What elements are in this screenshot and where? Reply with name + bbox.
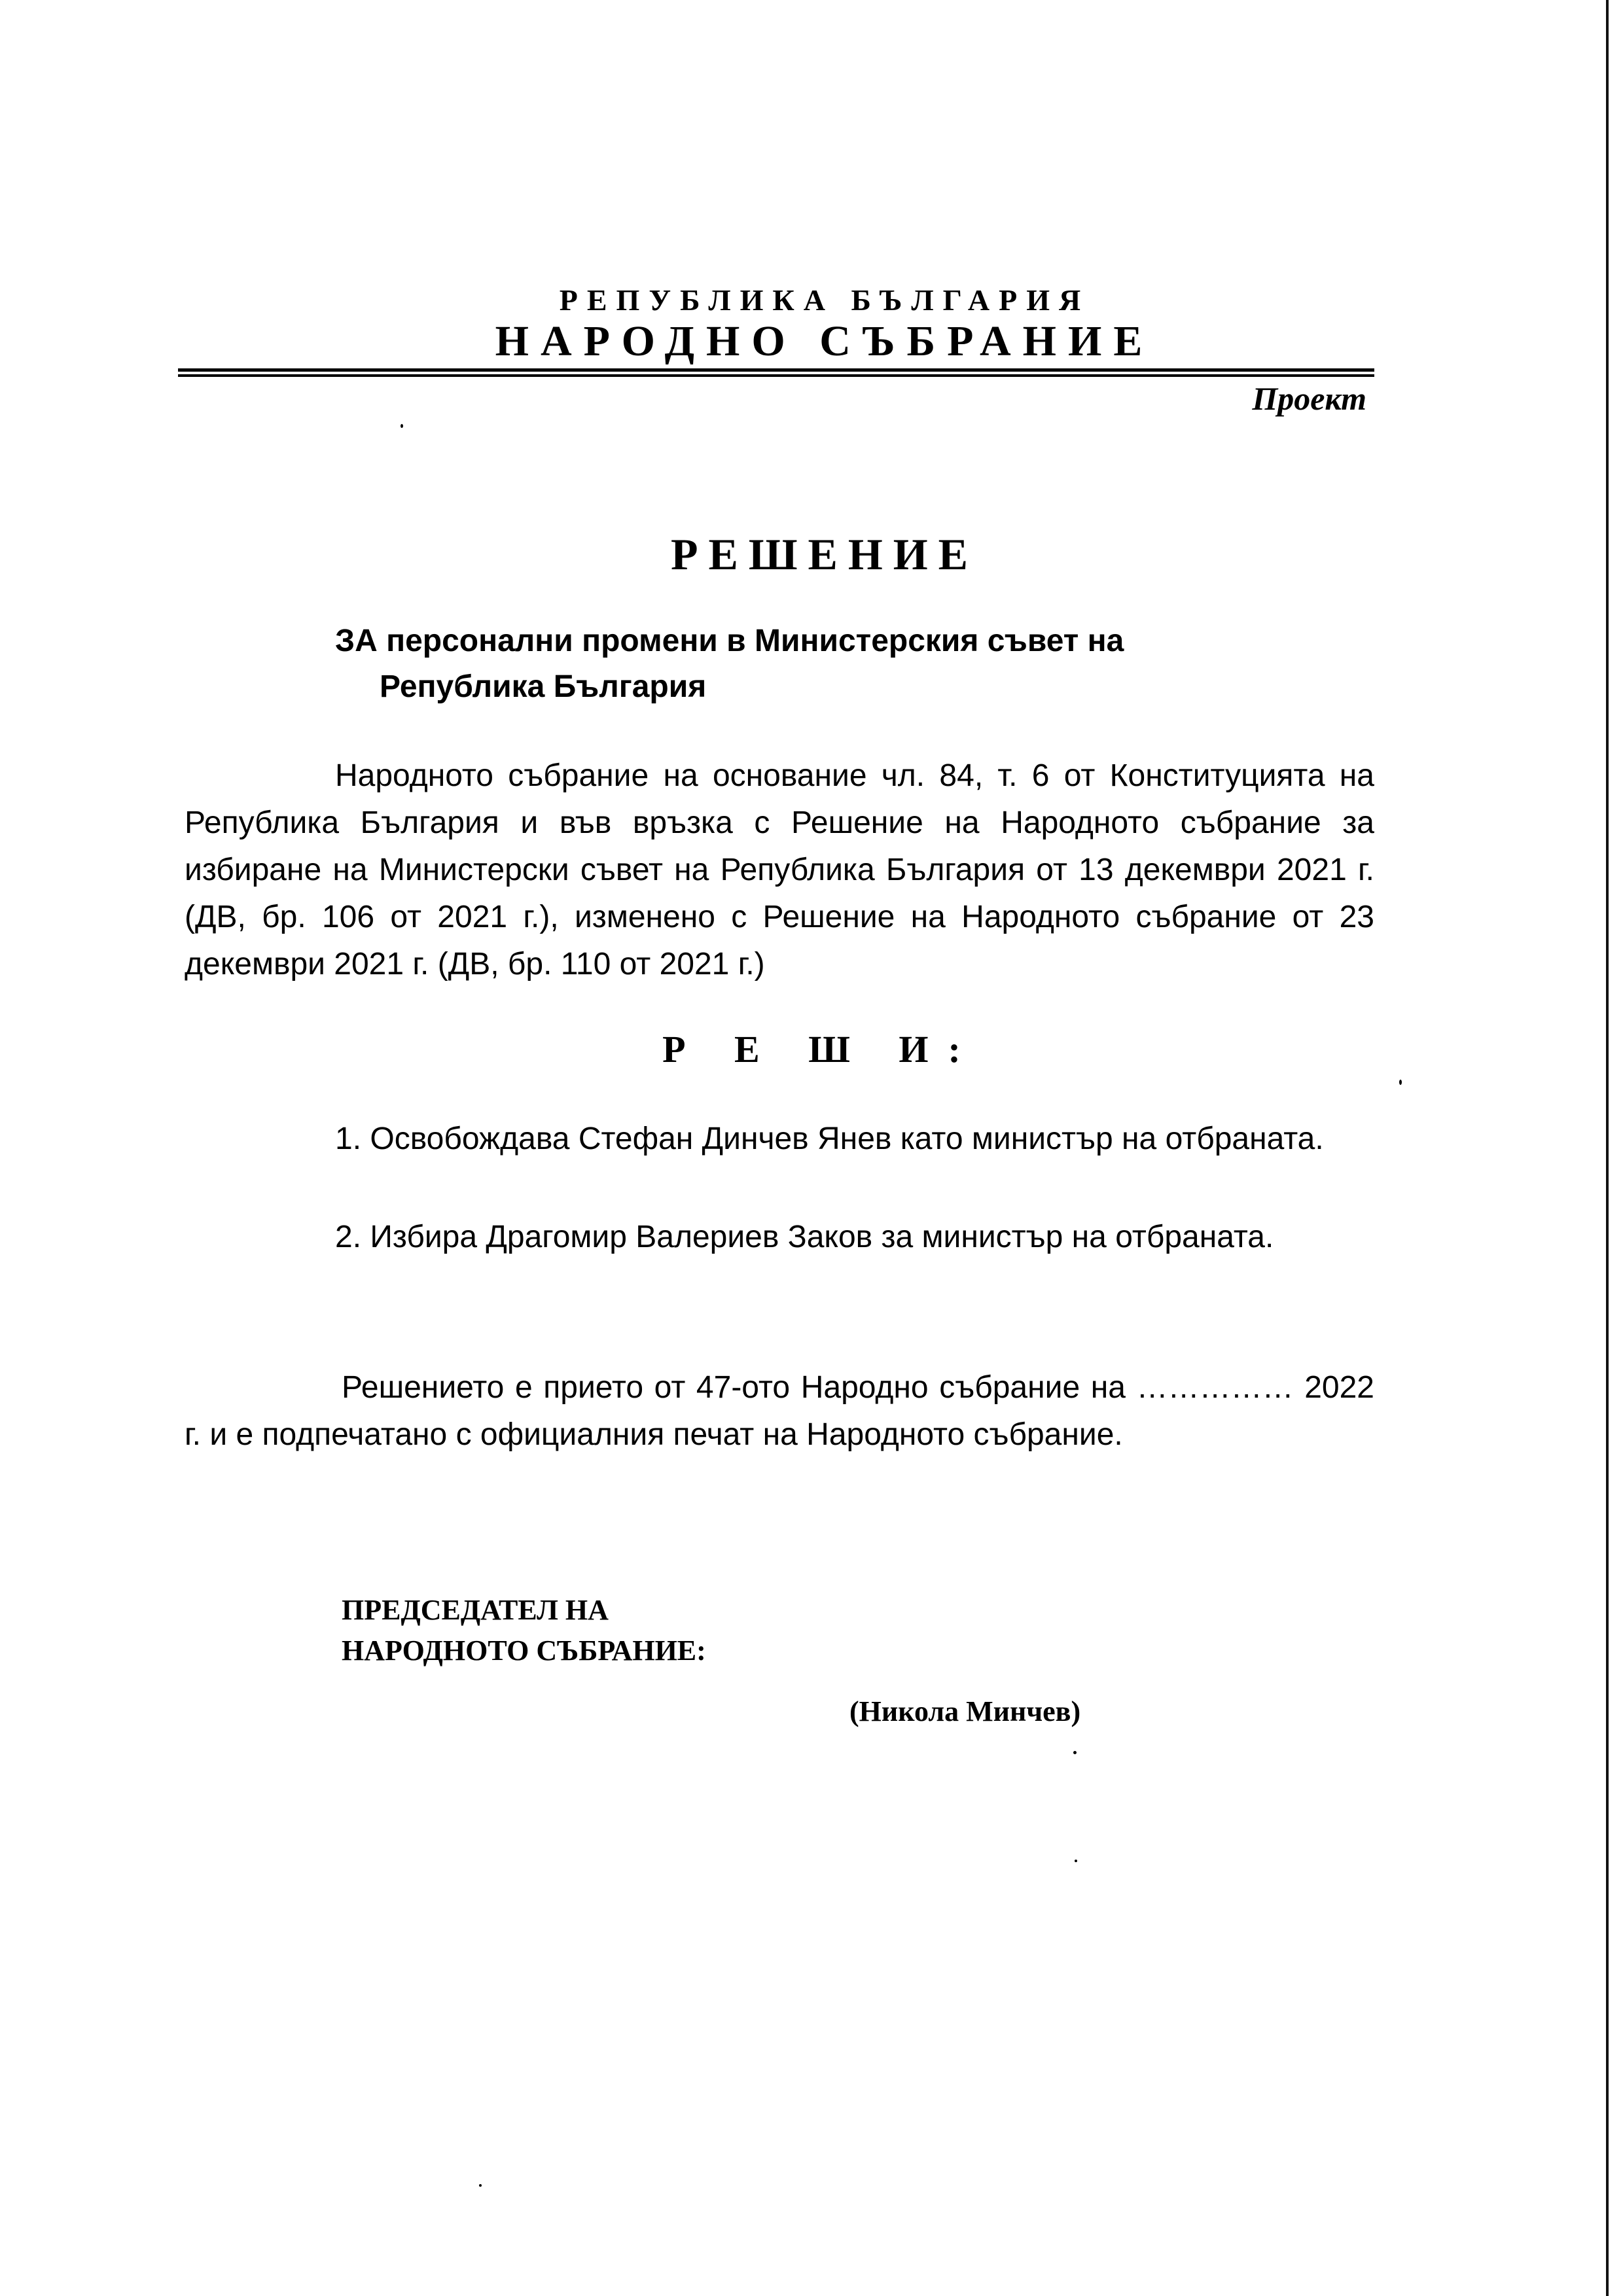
header-rule-top — [178, 368, 1374, 372]
scan-edge-line — [1606, 0, 1609, 2296]
decision-item-2: 2. Избира Драгомир Валериев Заков за мин… — [335, 1214, 1382, 1261]
document-page: РЕПУБЛИКА БЪЛГАРИЯ НАРОДНО СЪБРАНИЕ Прое… — [0, 0, 1623, 2296]
decided-heading: Р Е Ш И: — [0, 1027, 1623, 1071]
preamble-paragraph: Народното събрание на основание чл. 84, … — [185, 752, 1374, 988]
scan-speck — [401, 424, 403, 428]
header-rule-bottom — [178, 374, 1374, 377]
document-subject: ЗА персонални промени в Министерския съв… — [335, 618, 1309, 710]
scan-speck — [1399, 1080, 1402, 1085]
adoption-paragraph: Решението е прието от 47-ото Народно съб… — [185, 1364, 1374, 1458]
decision-item-1: 1. Освобождава Стефан Динчев Янев като м… — [185, 1116, 1374, 1163]
subject-line-2: Република България — [335, 664, 1309, 710]
adoption-text: Решението е прието от 47-ото Народно съб… — [185, 1370, 1374, 1452]
scan-speck — [479, 2184, 482, 2187]
scan-speck — [1073, 1751, 1077, 1754]
signature-name: (Никола Минчев) — [849, 1695, 1080, 1728]
scan-speck — [1075, 1860, 1077, 1862]
header-republic: РЕПУБЛИКА БЪЛГАРИЯ — [0, 283, 1623, 317]
signature-title: ПРЕДСЕДАТЕЛ НА НАРОДНОТО СЪБРАНИЕ: — [342, 1590, 706, 1671]
draft-label: Проект — [1252, 380, 1366, 417]
subject-line-1: ЗА персонални промени в Министерския съв… — [335, 624, 1124, 658]
decision-item-1-text: 1. Освобождава Стефан Динчев Янев като м… — [335, 1122, 1324, 1156]
header-assembly: НАРОДНО СЪБРАНИЕ — [0, 317, 1623, 366]
document-title: РЕШЕНИЕ — [0, 529, 1623, 580]
